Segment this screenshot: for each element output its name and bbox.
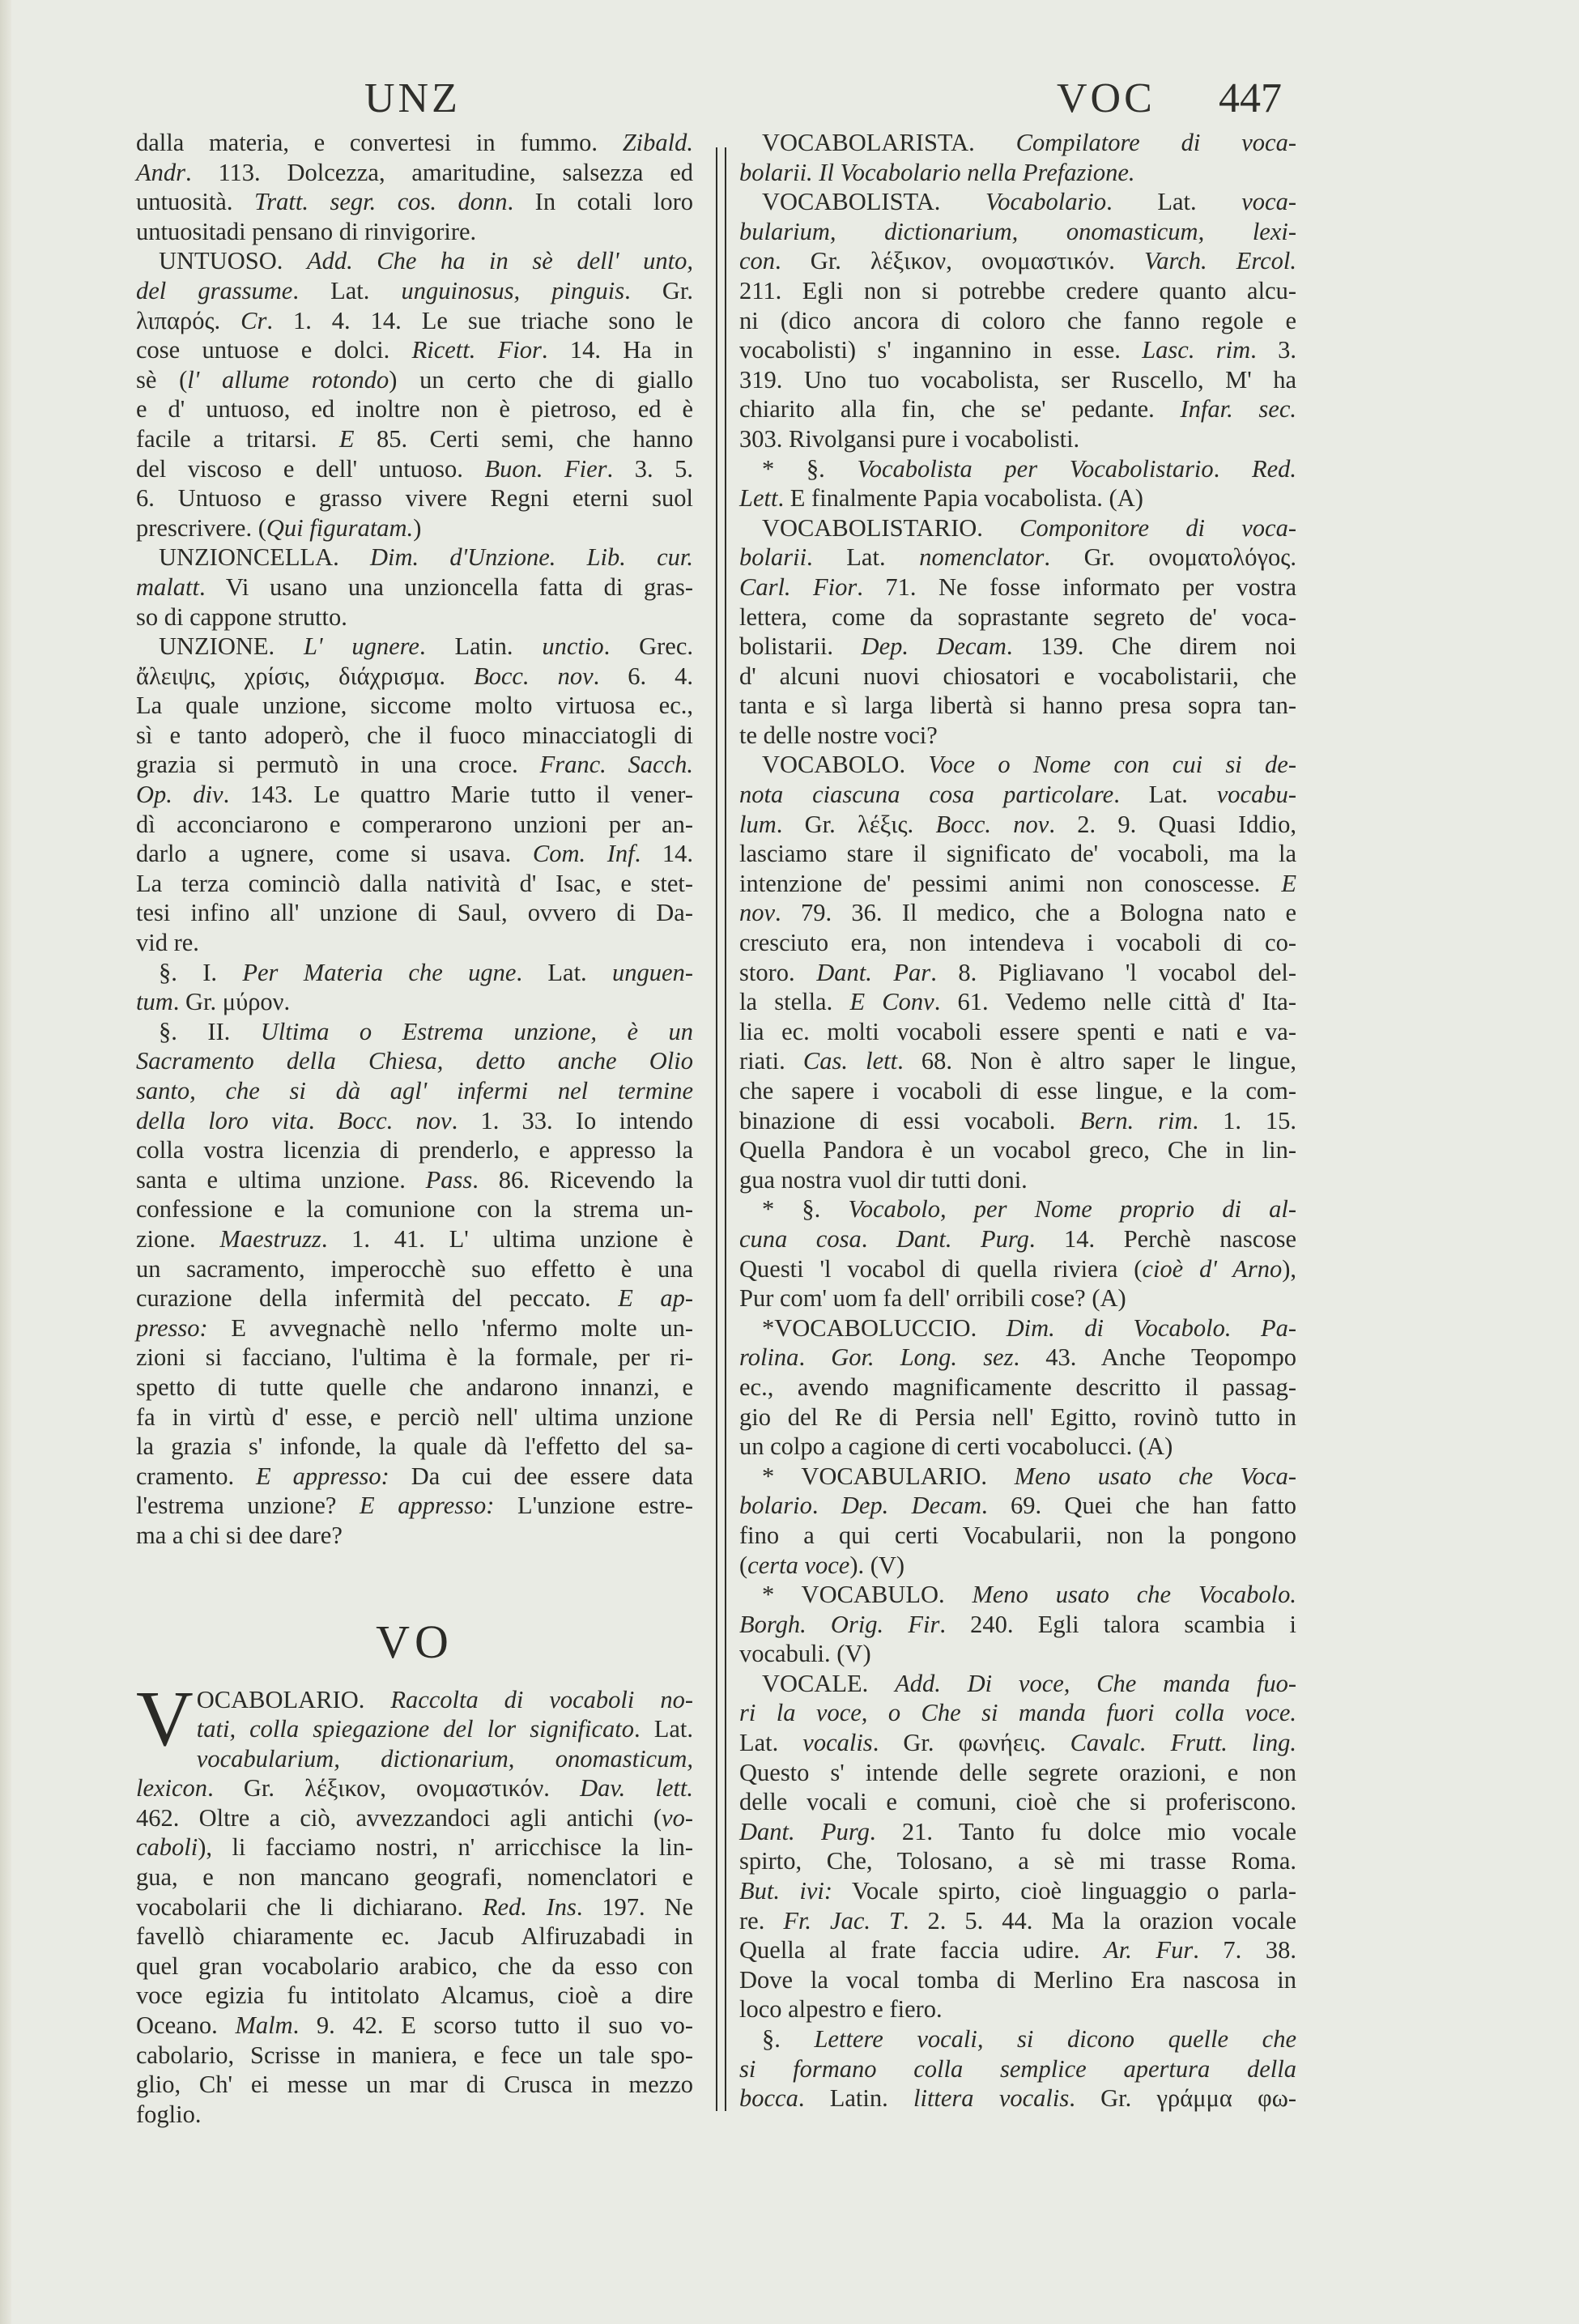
text-line: Quella al frate faccia udire. Ar. Fur. 7… (739, 1935, 1296, 1965)
text-line: storo. Dant. Par. 8. Pigliavano 'l vocab… (739, 958, 1296, 988)
text-line: colla vostra licenzia di prenderlo, e ap… (136, 1135, 693, 1165)
text-line: della loro vita. Bocc. nov. 1. 33. Io in… (136, 1106, 693, 1136)
text-line: UNZIONE. L' ugnere. Latin. unctio. Grec. (136, 632, 693, 662)
text-line: * VOCABULO. Meno usato che Vocabolo. (739, 1580, 1296, 1610)
text-line: vid re. (136, 928, 693, 958)
text-line: cresciuto era, non intendeva i vocaboli … (739, 928, 1296, 958)
text-line: Lat. vocalis. Gr. φωνήεις. Cavalc. Frutt… (739, 1728, 1296, 1758)
text-line: malatt. Vi usano una unzioncella fatta d… (136, 572, 693, 602)
text-line: Questi 'l vocabol di quella riviera (cio… (739, 1254, 1296, 1284)
text-line: VOCABOLARISTA. Compilatore di voca- (739, 128, 1296, 158)
text-line: bocca. Latin. littera vocalis. Gr. γράμμ… (739, 2084, 1296, 2113)
text-line: tum. Gr. μύρον. (136, 987, 693, 1017)
text-line: VOCABOLISTA. Vocabolario. Lat. voca- (739, 187, 1296, 217)
text-line: * §. Vocabolista per Vocabolistario. Red… (739, 454, 1296, 484)
text-line: tesi infino all' unzione di Saul, ovvero… (136, 898, 693, 928)
text-line: But. ivi: Vocale spirto, cioè linguaggio… (739, 1876, 1296, 1906)
text-line: con. Gr. λέξικον, ονομαστικόν. Varch. Er… (739, 246, 1296, 276)
text-line: te delle nostre voci? (739, 721, 1296, 751)
text-line: tati, colla spiegazione del lor signific… (136, 1714, 693, 1744)
running-head-right: VOC (1057, 74, 1156, 122)
text-line: cuna cosa. Dant. Purg. 14. Perchè nascos… (739, 1224, 1296, 1254)
text-line: intenzione de' pessimi animi non conosce… (739, 869, 1296, 899)
text-line: untuosità. Tratt. segr. cos. donn. In co… (136, 187, 693, 217)
text-line: vocabuli. (V) (739, 1639, 1296, 1669)
text-line: untuositadi pensano di rinvigorire. (136, 217, 693, 247)
text-line: curazione della infermità del peccato. E… (136, 1283, 693, 1313)
text-line: §. I. Per Materia che ugne. Lat. unguen- (136, 958, 693, 988)
text-line: del viscoso e dell' untuoso. Buon. Fier.… (136, 454, 693, 484)
text-line: tanta e sì larga libertà si hanno presa … (739, 691, 1296, 721)
text-line: bolarii. Lat. nomenclator. Gr. ονοματολό… (739, 543, 1296, 572)
text-line: VOCALE. Add. Di voce, Che manda fuo- (739, 1669, 1296, 1699)
text-line: Oceano. Malm. 9. 42. E scorso tutto il s… (136, 2011, 693, 2041)
text-line: nov. 79. 36. Il medico, che a Bologna na… (739, 898, 1296, 928)
text-line: santa e ultima unzione. Pass. 86. Riceve… (136, 1165, 693, 1195)
text-line: VOCABOLO. Voce o Nome con cui si de- (739, 750, 1296, 780)
text-line: OCABOLARIO. Raccolta di vocaboli no- (136, 1685, 693, 1715)
text-line: spirto, Che, Tolosano, a sè mi trasse Ro… (739, 1846, 1296, 1876)
text-line: favellò chiaramente ec. Jacub Alfiruzaba… (136, 1922, 693, 1952)
section-entries: OCABOLARIO. Raccolta di vocaboli no-tati… (136, 1685, 693, 2130)
text-line: fino a qui certi Vocabularii, non la pon… (739, 1521, 1296, 1551)
text-line: glio, Ch' ei messe un mar di Crusca in m… (136, 2070, 693, 2100)
text-line: Dove la vocal tomba di Merlino Era nasco… (739, 1965, 1296, 1995)
text-line: cabolario, Scrisse in maniera, e fece un… (136, 2041, 693, 2071)
text-line: presso: E avvegnachè nello 'nfermo molte… (136, 1313, 693, 1343)
page-edge (0, 0, 11, 2324)
text-line: lexicon. Gr. λέξικον, ονομαστικόν. Dav. … (136, 1773, 693, 1803)
text-line: (certa voce). (V) (739, 1551, 1296, 1581)
left-column: dalla materia, e convertesi in fummo. Zi… (136, 128, 693, 2129)
text-line: Andr. 113. Dolcezza, amaritudine, salsez… (136, 158, 693, 188)
drop-cap: V (136, 1687, 194, 1752)
text-line: §. Lettere vocali, si dicono quelle che (739, 2024, 1296, 2054)
section-body: V OCABOLARIO. Raccolta di vocaboli no-ta… (136, 1685, 693, 2130)
text-line: del grassume. Lat. unguinosus, pinguis. … (136, 276, 693, 306)
text-line: un sacramento, imperocchè suo effetto è … (136, 1254, 693, 1284)
text-line: Carl. Fior. 71. Ne fosse informato per v… (739, 572, 1296, 602)
text-line: gio del Re di Persia nell' Egitto, rovin… (739, 1402, 1296, 1432)
text-line: spetto di tutte quelle che andarono inna… (136, 1373, 693, 1402)
text-line: lum. Gr. λέξις. Bocc. nov. 2. 9. Quasi I… (739, 810, 1296, 840)
text-line: so di cappone strutto. (136, 602, 693, 632)
text-line: che sapere i vocaboli di esse lingue, e … (739, 1076, 1296, 1106)
text-line: e d' untuoso, ed inoltre non è pietroso,… (136, 394, 693, 424)
text-line: voce egizia fu intitolato Alcamus, cioè … (136, 1981, 693, 2011)
text-line: dalla materia, e convertesi in fummo. Zi… (136, 128, 693, 158)
text-line: prescrivere. (Qui figuratam.) (136, 513, 693, 543)
left-column-entries: dalla materia, e convertesi in fummo. Zi… (136, 128, 693, 1551)
running-head-left: UNZ (364, 74, 461, 122)
text-line: facile a tritarsi. E 85. Certi semi, che… (136, 424, 693, 454)
text-line: Op. div. 143. Le quattro Marie tutto il … (136, 780, 693, 810)
text-line: foglio. (136, 2100, 693, 2130)
text-line: Quella Pandora è un vocabol greco, Che i… (739, 1135, 1296, 1165)
text-line: grazia si permutò in una croce. Franc. S… (136, 750, 693, 780)
text-line: 303. Rivolgansi pure i vocabolisti. (739, 424, 1296, 454)
text-line: 462. Oltre a ciò, avvezzandoci agli anti… (136, 1803, 693, 1833)
text-line: ἄλειψις, χρίσις, διάχρισμα. Bocc. nov. 6… (136, 662, 693, 692)
text-line: lia ec. molti vocaboli essere spenti e n… (739, 1017, 1296, 1047)
text-line: sì e tanto adoperò, che il fuoco minacci… (136, 721, 693, 751)
text-line: gua, e non mancano geografi, nomenclator… (136, 1862, 693, 1892)
text-line: 211. Egli non si potrebbe credere quanto… (739, 276, 1296, 306)
text-line: nota ciascuna cosa particolare. Lat. voc… (739, 780, 1296, 810)
text-line: * VOCABULARIO. Meno usato che Voca- (739, 1462, 1296, 1492)
text-line: re. Fr. Jac. T. 2. 5. 44. Ma la orazion … (739, 1906, 1296, 1936)
page-number: 447 (1219, 74, 1282, 122)
text-line: cose untuose e dolci. Ricett. Fior. 14. … (136, 335, 693, 365)
text-line: λιπαρός. Cr. 1. 4. 14. Le sue triache so… (136, 306, 693, 336)
text-line: un colpo a cagione di certi vocabolucci.… (739, 1432, 1296, 1462)
text-line: ma a chi si dee dare? (136, 1521, 693, 1551)
text-line: vocabolisti) s' ingannino in esse. Lasc.… (739, 335, 1296, 365)
text-line: binazione di essi vocaboli. Bern. rim. 1… (739, 1106, 1296, 1136)
text-line: cramento. E appresso: Da cui dee essere … (136, 1462, 693, 1492)
text-line: ec., avendo magnificamente descritto il … (739, 1373, 1296, 1402)
text-line: la grazia s' infonde, la quale dà l'effe… (136, 1432, 693, 1462)
text-line: bolario. Dep. Decam. 69. Quei che han fa… (739, 1491, 1296, 1521)
text-line: Sacramento della Chiesa, detto anche Oli… (136, 1046, 693, 1076)
text-line: si formano colla semplice apertura della (739, 2054, 1296, 2084)
text-line: UNZIONCELLA. Dim. d'Unzione. Lib. cur. (136, 543, 693, 572)
text-line: Pur com' uom fa dell' orribili cose? (A) (739, 1283, 1296, 1313)
text-line: UNTUOSO. Add. Che ha in sè dell' unto, (136, 246, 693, 276)
text-line: La quale unzione, siccome molto virtuosa… (136, 691, 693, 721)
text-line: d' alcuni nuovi chiosatori e vocabolista… (739, 662, 1296, 692)
text-line: zioni si facciano, l'ultima è la formale… (136, 1343, 693, 1373)
column-divider (716, 147, 726, 2111)
text-line: vocabolarii che li dichiarano. Red. Ins.… (136, 1892, 693, 1922)
text-line: Borgh. Orig. Fir. 240. Egli talora scamb… (739, 1610, 1296, 1640)
text-line: §. II. Ultima o Estrema unzione, è un (136, 1017, 693, 1047)
text-line: Questo s' intende delle segrete orazioni… (739, 1758, 1296, 1788)
text-line: bolarii. Il Vocabolario nella Prefazione… (739, 158, 1296, 188)
text-line: bolistarii. Dep. Decam. 139. Che direm n… (739, 632, 1296, 662)
text-line: bularium, dictionarium, onomasticum, lex… (739, 217, 1296, 247)
text-line: * §. Vocabolo, per Nome proprio di al- (739, 1194, 1296, 1224)
text-line: la stella. E Conv. 61. Vedemo nelle citt… (739, 987, 1296, 1017)
text-line: 6. Untuoso e grasso vivere Regni eterni … (136, 483, 693, 513)
text-line: 319. Uno tuo vocabolista, ser Ruscello, … (739, 365, 1296, 395)
text-line: lasciamo stare il significato de' vocabo… (739, 839, 1296, 869)
text-line: riati. Cas. lett. 68. Non è altro saper … (739, 1046, 1296, 1076)
text-line: quel gran vocabolario arabico, che da es… (136, 1952, 693, 1981)
text-line: Dant. Purg. 21. Tanto fu dolce mio vocal… (739, 1817, 1296, 1847)
text-line: vocabularium, dictionarium, onomasticum, (136, 1744, 693, 1774)
text-line: fa in virtù d' esse, e perciò nell' ulti… (136, 1402, 693, 1432)
text-line: sè (l' allume rotondo) un certo che di g… (136, 365, 693, 395)
section-heading: VO (136, 1614, 693, 1671)
text-line: loco alpestro e fiero. (739, 1994, 1296, 2024)
text-line: gua nostra vuol dir tutti doni. (739, 1165, 1296, 1195)
text-line: darlo a ugnere, come si usava. Com. Inf.… (136, 839, 693, 869)
text-line: ni (dico ancora di coloro che fanno rego… (739, 306, 1296, 336)
text-line: Lett. E finalmente Papia vocabolista. (A… (739, 483, 1296, 513)
text-line: chiarito alla fin, che se' pedante. Infa… (739, 394, 1296, 424)
text-line: caboli), li facciamo nostri, n' arricchi… (136, 1832, 693, 1862)
text-line: santo, che si dà agl' infermi nel termin… (136, 1076, 693, 1106)
right-column-entries: VOCABOLARISTA. Compilatore di voca-bolar… (739, 128, 1296, 2113)
text-line: delle vocali e comuni, cioè che si profe… (739, 1787, 1296, 1817)
text-line: lettera, come da soprastante segreto de'… (739, 602, 1296, 632)
text-line: *VOCABOLUCCIO. Dim. di Vocabolo. Pa- (739, 1313, 1296, 1343)
text-line: VOCABOLISTARIO. Componitore di voca- (739, 513, 1296, 543)
text-line: confessione e la comunione con la strema… (136, 1194, 693, 1224)
text-line: zione. Maestruzz. 1. 41. L' ultima unzio… (136, 1224, 693, 1254)
text-line: rolina. Gor. Long. sez. 43. Anche Teopom… (739, 1343, 1296, 1373)
text-line: La terza cominciò dalla natività d' Isac… (136, 869, 693, 899)
text-line: l'estrema unzione? E appresso: L'unzione… (136, 1491, 693, 1521)
text-line: ri la voce, o Che si manda fuori colla v… (739, 1698, 1296, 1728)
text-line: dì acconciarono e comperarono unzioni pe… (136, 810, 693, 840)
right-column: VOCABOLARISTA. Compilatore di voca-bolar… (739, 128, 1296, 2113)
